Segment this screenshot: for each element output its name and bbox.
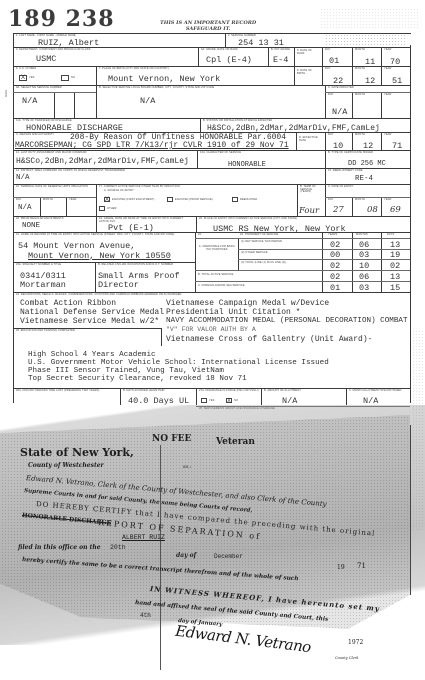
inducted-month-label: MONTH [355,94,365,97]
divider [352,232,353,292]
reason-label: c. REASON AND AUTHORITY [16,134,54,137]
other-checkbox[interactable] [99,206,105,211]
branch-value: USMC [36,55,56,64]
divider [296,132,297,150]
row-active-service-label: b. TOTAL ACTIVE SERVICE [198,274,233,277]
important-record-notice: THIS IS AN IMPORTANT RECORD SAFEGUARD IT… [160,21,256,32]
reserve-transfer-label: 14. DISTRICT, AREA COMMAND OR CORPS TO W… [16,170,125,173]
row-active-service-days: 13 [390,273,400,282]
term-of-service-label: b. TERM OF SERVICE (Years) [300,186,324,194]
divider [238,249,410,250]
reenlisted-checkbox[interactable] [232,197,238,202]
medal-item: Presidential Unit Citation * [166,309,300,317]
entry-year: 69 [390,206,401,215]
dob-day-label: DAY [325,68,330,71]
place-of-entry-label: 20. PLACE OF ENTRY INTO CURRENT ACTIVE S… [199,218,297,221]
effective-date-label: d. EFFECTIVE DATE [299,137,323,142]
divider [13,92,96,93]
reenlistment-code-value: RE-4 [355,176,373,184]
entry-day: 27 [333,206,344,215]
divider [381,197,382,216]
reenlisted-label: REENLISTED [240,199,257,202]
civilian-occupation-line-2: Director [98,281,139,290]
row-total-label: (3) TOTAL (Line (1) plus line (2)) [241,262,286,265]
enlisted-first-checkbox[interactable]: X [104,197,110,202]
prior-enlistments-value: NONE [22,223,40,231]
home-of-record-line-2: Mount Vernon, New York 10550 [28,252,171,261]
divider [325,92,410,93]
place-of-birth-label: 7. PLACE OF BIRTH (City and State or Cou… [99,68,169,71]
filed-line: filed in this office on the [18,545,101,551]
row-other-service-years: 00 [330,251,340,260]
ss-mark: ss.: [183,465,191,470]
date-of-rank-year-label: YEAR [384,49,391,52]
reason-line-2: MARCORSEPMAN; CG SPD LTR 7/K13/rjr CVLR … [15,142,289,150]
reenlistment-code-label: 15. REENLISTMENT CODE [328,170,363,173]
certificate-label: b. TYPE OF CERTIFICATE ISSUED [328,152,373,155]
home-of-record-line-1: 54 Mount Vernon Avenue, [18,242,135,251]
divider [352,132,353,150]
insurance-label: 27a. INSURANCE IN FORCE (NSLI or USGLI) [199,390,259,393]
veteran-text: Veteran [216,438,255,447]
row-total-days: 02 [390,262,400,271]
selective-service-number-label: 9a. SELECTIVE SERVICE NUMBER [16,87,62,90]
date-of-rank-day: 01 [329,57,339,66]
col-days-header: DAYS [387,234,394,237]
reserve-obligation-label: 16. TERMINAL DATE OF RESERVE/ UMTS OBLIG… [16,186,94,189]
station-label: b. STATION OR INSTALLATION AT WHICH EFFE… [203,120,272,123]
stamp-fold-line [160,445,161,670]
scan-noise [412,330,424,530]
divider [96,66,97,85]
allotment-amount-label: b. AMOUNT OF ALLOTMENT [264,390,301,393]
entry-month: 08 [367,206,378,215]
date-of-birth-label: 8. DATE OF BIRTH [297,70,319,75]
divider [325,132,326,150]
col-months-header: MONTHS [356,234,368,237]
row-net-service-years: 02 [330,241,340,250]
scan-noise [320,8,420,28]
divider [96,216,97,232]
row-net-service-days: 13 [390,241,400,250]
divider [198,47,199,66]
citizen-yes-label: YES [29,77,35,80]
data-side-label: DATA [6,90,9,97]
divider [352,92,353,118]
entry-day-label: DAY [328,199,333,202]
divider [161,328,162,346]
citizen-no-label: NO [71,77,75,80]
county-of-westchester: County of Westchester [28,463,104,469]
divider [13,66,411,67]
divider [96,184,97,216]
last-duty-label: 12. LAST DUTY ASSIGNMENT AND MAJOR COMMA… [16,152,87,155]
divider [196,216,197,232]
stamp-right-border [410,425,411,595]
divider [74,92,75,118]
other-label: OTHER [107,208,117,211]
local-board-value: N/A [140,97,155,106]
divider [197,150,198,168]
creditable-label: a. CREDITABLE FOR BASIC PAY PURPOSES [198,246,236,251]
divider [325,184,326,216]
row-foreign-service-label: c. FOREIGN AND/OR SEA SERVICE [198,285,245,288]
enlisted-prior-label: ENLISTED (Prior Service) [175,199,213,202]
divider [195,281,410,282]
row-other-service-months: 03 [359,251,369,260]
last-duty-value: H&SCo,2dBn,2dMar,2dMarDiv,FMF,CamLej [16,158,189,166]
citizen-label: 6. U.S. CITIZEN [16,68,36,71]
citizen-yes-checkbox[interactable]: X [19,75,27,81]
divider [195,238,410,239]
row-foreign-service-months: 03 [359,284,369,293]
divider [381,92,382,118]
divider [297,184,298,216]
date-of-rank-month-label: MONTH [355,49,365,52]
selective-service-number-value: N/A [22,97,37,106]
medal-item: NAVY ACCOMMODATION MEDAL (PERSONAL DECOR… [166,318,408,326]
divider [325,85,326,118]
enlisted-first-label: ENLISTED (First Enlistment) [112,199,154,202]
citizen-no-checkbox[interactable] [61,75,69,81]
divider [196,388,197,405]
effective-month-label: MONTH [355,134,365,137]
row-total-years: 02 [330,262,340,271]
obligation-day-label: DAY [16,199,21,202]
obligation-day-value: N/A [18,205,32,213]
divider [195,270,410,271]
allotment-discontinued-label: c. MONTH ALLOTMENT DISCONTINUED [349,390,409,393]
year-suffix: 71 [357,563,366,570]
no-fee-text: NO FEE [152,435,191,444]
obligation-year-label: YEAR [69,199,76,202]
medal-item: Vietnamese Service Medal w/2* [20,318,159,326]
branch-label: 3. DEPARTMENT, COMPONENT AND BRANCH OR C… [16,49,90,52]
sign-day: 4th [140,613,151,619]
divider [261,388,262,405]
date-inducted-label: c. DATE INDUCTED [328,87,354,90]
insurance-no-checkbox[interactable]: X [226,398,232,403]
obligation-month-label: MONTH [43,199,53,202]
pay-grade-value: E-4 [273,56,288,65]
day-of-text: day of [176,553,196,559]
dob-month-label: MONTH [355,68,365,71]
time-lost-label: 26a. NON-PAY PERIODS TIME LOST (Precedin… [16,390,116,393]
date-of-rank-day-label: DAY [325,49,330,52]
grade-label: 4a. GRADE, RATE OR RANK [201,49,238,52]
date-of-entry-label: c. DATE OF ENTRY [328,186,353,189]
form-left-border [13,33,14,403]
year-prefix: 19 [337,565,345,571]
divider [54,92,55,118]
certificate-value: DD 256 MC [348,161,386,168]
character-label: 13a. CHARACTER OF SERVICE [200,152,241,155]
medal-item: National Defense Service Medal [20,309,164,317]
pay-grade-label: b. PAY GRADE [271,49,290,52]
divider [66,197,67,216]
row-active-service-months: 06 [359,273,369,282]
row-total-months: 10 [359,262,369,271]
place-of-birth-value: Mount Vernon, New York [108,75,220,84]
divider [96,85,97,118]
divider [352,197,353,216]
divider [325,150,326,184]
civilian-occupation-label: b. RELATED CIVILIAN OCCUPATION AND D.O.T… [98,264,193,267]
certified-name: ALBERT RUIZ [122,535,165,542]
insurance-yes-label: YES [209,400,215,403]
statement-number-label: 22. [198,234,202,237]
local-board-label: b. SELECTIVE SERVICE LOCAL BOARD NUMBER,… [99,87,214,90]
clerk-title: County Clerk [335,657,358,661]
medal-item: Combat Action Ribbon [20,300,116,308]
redacted-area [325,34,405,48]
reserve-transfer-value: N/A [16,175,30,183]
education-item: Top Secret Security Clearance, revoked 1… [28,376,247,384]
medal-item: Vietnamese Campaign Medal w/Device [166,300,329,308]
enlisted-prior-checkbox[interactable] [167,197,173,202]
divider [120,388,121,405]
entry-year-label: YEAR [384,199,391,202]
effective-day-label: DAY [328,134,333,137]
divider [381,132,382,150]
divider [268,47,269,66]
divider [381,232,382,292]
source-of-entry-sublabel: a. SOURCE OF ENTRY: [104,190,135,193]
divider [200,118,201,132]
filed-day: 20th [110,545,126,552]
row-other-service-days: 19 [390,251,400,260]
medals-label: 24. DECORATIONS, MEDALS, BADGES, COMMEND… [16,294,182,297]
inducted-day-value: N/A [332,108,347,117]
entry-month-label: MONTH [355,199,365,202]
divider [13,197,96,198]
accrued-leave-label: b. DAYS ACCRUED LEAVE PAID [123,390,165,393]
row-net-service-label: (1) NET SERVICE THIS PERIOD [241,241,282,244]
sign-year: 1972 [348,640,363,646]
effective-year-label: YEAR [384,134,391,137]
inducted-year-label: YEAR [384,94,391,97]
state-of-new-york: State of New York, [20,447,134,458]
row-foreign-service-years: 01 [330,284,340,293]
form-right-border [410,45,411,403]
county-clerk-certification: NO FEE Veteran State of New York, County… [0,405,425,680]
divider [95,262,96,292]
divider [225,33,226,47]
row-active-service-years: 02 [330,273,340,282]
divider [346,388,347,405]
insurance-yes-checkbox[interactable] [201,398,207,403]
divider [322,232,323,292]
row-foreign-service-days: 15 [390,284,400,293]
insurance-no-label: NO [234,400,238,403]
inducted-day-label: DAY [328,94,333,97]
specialty-label: 23a. SPECIALTY NUMBER & TITLE [16,264,61,267]
home-of-record-label: 21. HOME OF RECORD AT TIME OF ENTRY INTO… [16,234,191,237]
education-label: 25. EDUCATION AND TRAINING COMPLETED [16,330,75,333]
divider [238,259,410,260]
date-of-rank-label: 5. DATE OF RANK [297,50,319,55]
statement-of-service-header: 22. STATEMENT OF SERVICE [240,234,278,237]
divider [238,238,239,270]
document-number: 189 238 [8,6,115,32]
row-net-service-months: 06 [359,241,369,250]
medal-item: "V" FOR VALOR AUTH BY A [166,327,256,334]
notice-line-2: SAFEGUARD IT. [160,27,256,33]
divider [40,197,41,216]
row-other-service-label: (2) OTHER SERVICE [241,252,268,255]
term-of-service-value: Four [299,207,319,216]
specialty-line-2: Mortarman [20,281,66,290]
filed-month: December [214,554,243,560]
dob-year-label: YEAR [384,68,391,71]
divider [325,197,410,198]
prior-enlistments-label: 18. PRIOR REGULAR ENLISTMENTS [16,218,64,221]
medal-item: Vietnamese Cross of Gallentry (Unit Awar… [166,336,372,344]
grade-value: Cpl (E-4) [206,56,252,65]
col-years-header: YEARS [328,234,337,237]
divider [195,232,196,292]
